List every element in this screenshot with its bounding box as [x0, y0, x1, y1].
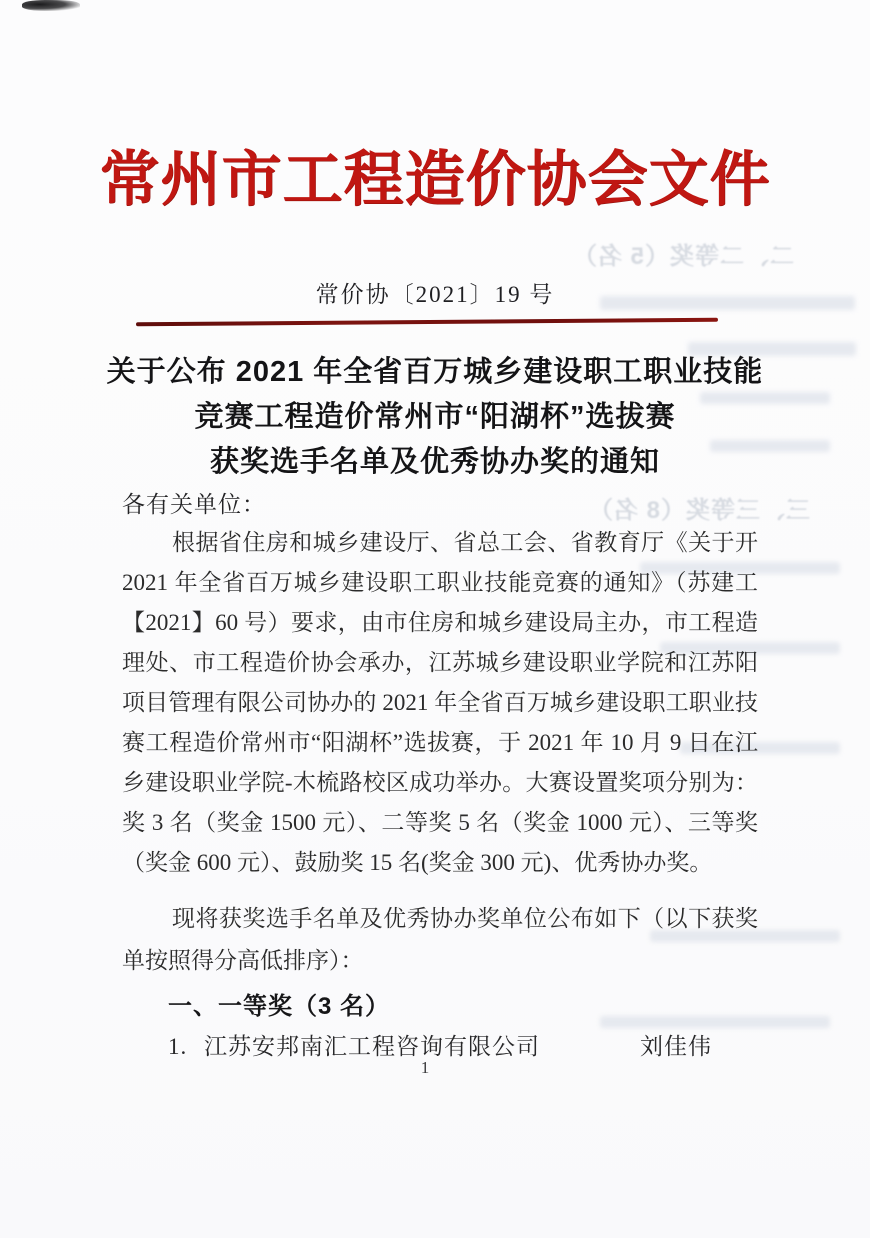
bleedthrough-text: 三、三等奖（8 名） [588, 490, 810, 525]
bleedthrough-text: 二、二等奖（5 名） [572, 236, 794, 271]
body-line: 奖 3 名（奖金 1500 元）、二等奖 5 名（奖金 1000 元）、三等奖 … [122, 803, 758, 843]
document-title-line: 关于公布 2021 年全省百万城乡建设职工职业技能 [0, 350, 870, 395]
body-line: 【2021】60 号）要求，由市住房和城乡建设局主办，市工程造价管 [122, 603, 758, 643]
winner-name: 刘佳伟 [640, 1028, 758, 1061]
winner-company-cell: 1. 江苏安邦南汇工程咨询有限公司 [122, 1028, 540, 1061]
body-line: （奖金 600 元）、鼓励奖 15 名(奖金 300 元)、优秀协办奖。 [122, 843, 758, 883]
body-line: 乡建设职业学院-木梳路校区成功举办。大赛设置奖项分别为：一等 [122, 763, 758, 803]
body-line: 根据省住房和城乡建设厅、省总工会、省教育厅《关于开展 [122, 523, 758, 563]
body-line: 2021 年全省百万城乡建设职工职业技能竞赛的通知》（苏建工会 [122, 563, 758, 603]
body-paragraph-1: 根据省住房和城乡建设厅、省总工会、省教育厅《关于开展 2021 年全省百万城乡建… [122, 523, 758, 883]
winner-list-row: 1. 江苏安邦南汇工程咨询有限公司 刘佳伟 [122, 1028, 758, 1061]
body-paragraph-2: 现将获奖选手名单及优秀协办奖单位公布如下（以下获奖选手名 单按照得分高低排序）： [122, 898, 758, 982]
body-line: 项目管理有限公司协办的 2021 年全省百万城乡建设职工职业技能竞 [122, 683, 758, 723]
winner-company: 江苏安邦南汇工程咨询有限公司 [204, 1034, 540, 1059]
scan-artifact-smudge [22, 0, 80, 11]
page-number: 1 [0, 1058, 860, 1078]
winner-index: 1. [168, 1034, 187, 1059]
bleedthrough-mark [600, 1016, 830, 1028]
document-page: 二、二等奖（5 名） 三、三等奖（8 名） 常州市工程造价协会文件 常价协〔20… [0, 0, 870, 1238]
salutation: 各有关单位： [122, 486, 266, 519]
document-title: 关于公布 2021 年全省百万城乡建设职工职业技能 竞赛工程造价常州市“阳湖杯”… [0, 350, 870, 485]
issuing-org-title: 常州市工程造价协会文件 [0, 146, 870, 215]
document-number: 常价协〔2021〕19 号 [0, 276, 870, 309]
document-title-line: 竞赛工程造价常州市“阳湖杯”选拔赛 [0, 395, 870, 440]
document-title-line: 获奖选手名单及优秀协办奖的通知 [0, 440, 870, 485]
red-separator-line [136, 318, 718, 327]
body-line: 赛工程造价常州市“阳湖杯”选拔赛，于 2021 年 10 月 9 日在江苏城 [122, 723, 758, 763]
body-line: 单按照得分高低排序）： [122, 940, 758, 982]
body-line: 理处、市工程造价协会承办，江苏城乡建设职业学院和江苏阳湖建设 [122, 643, 758, 683]
body-line: 现将获奖选手名单及优秀协办奖单位公布如下（以下获奖选手名 [122, 898, 758, 940]
section-heading-first-prize: 一、一等奖（3 名） [168, 986, 390, 1021]
